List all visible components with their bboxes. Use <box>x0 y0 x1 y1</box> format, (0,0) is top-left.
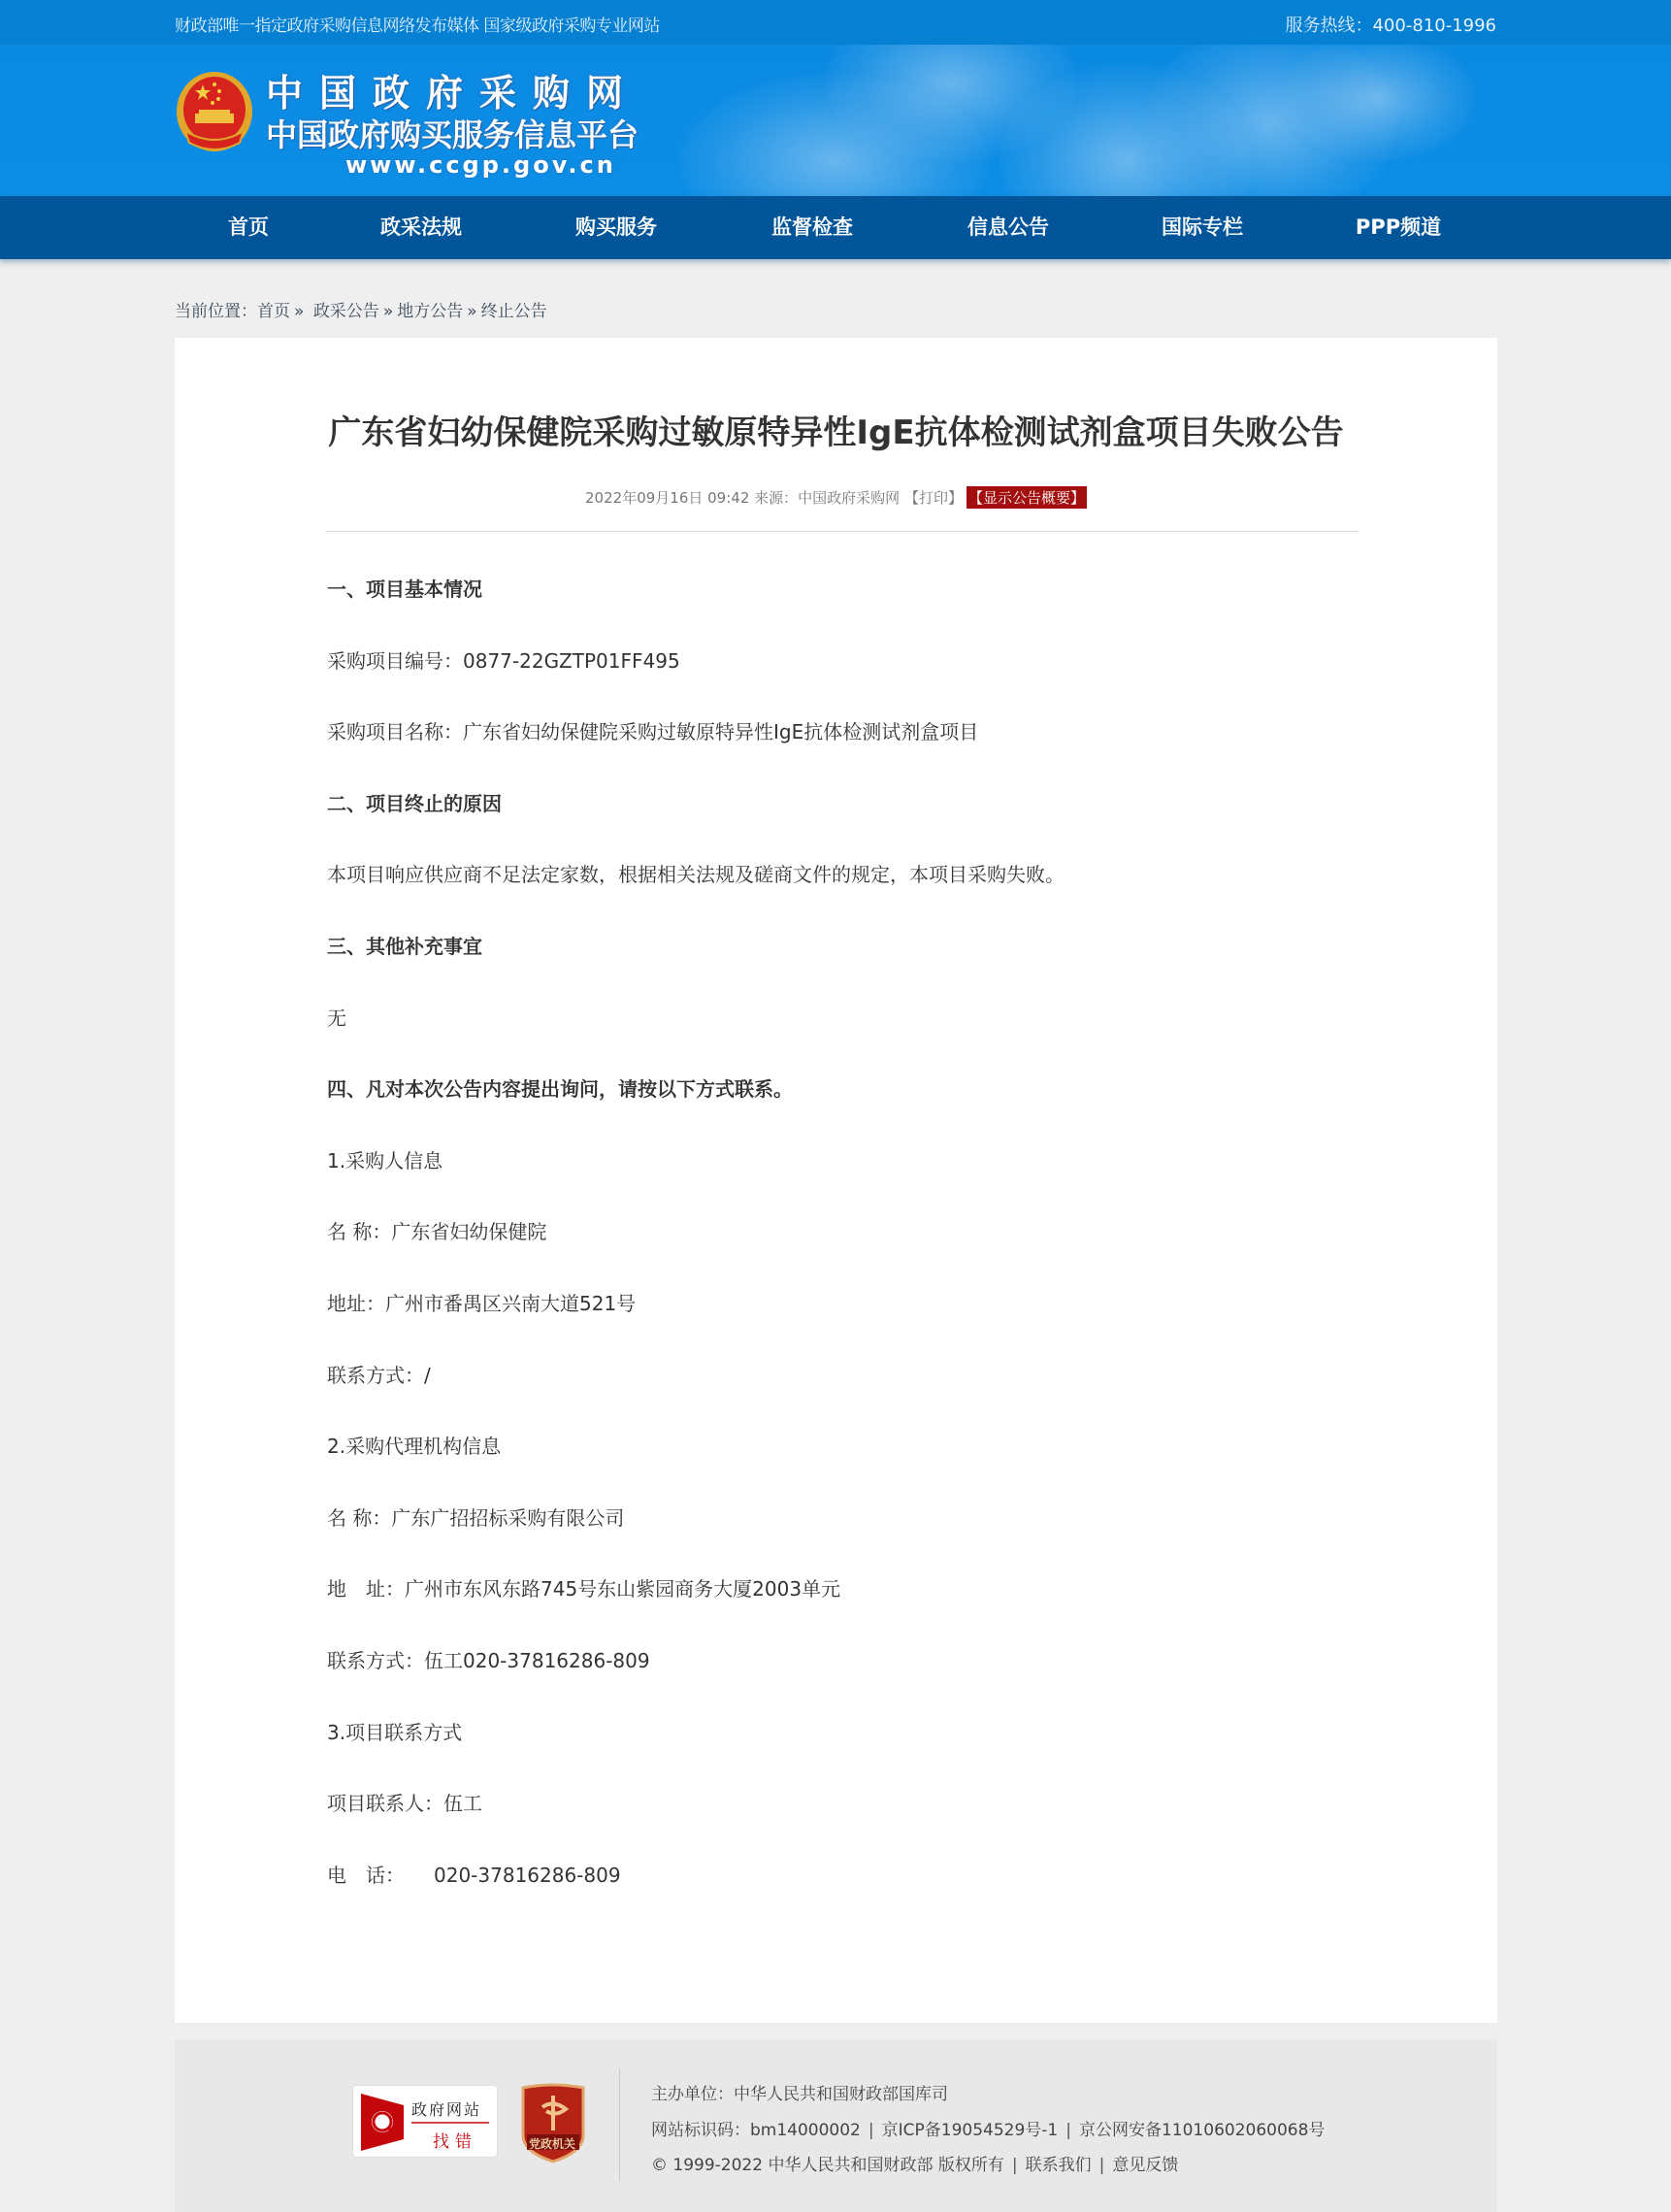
nav-item-regulations[interactable]: 政采法规 <box>334 196 508 259</box>
purchaser-contact: 联系方式：/ <box>327 1360 1356 1432</box>
title-divider <box>326 531 1359 532</box>
national-emblem-icon <box>176 71 253 152</box>
project-contact-heading: 3.项目联系方式 <box>327 1717 1356 1789</box>
pipe-separator: | <box>1065 2121 1071 2140</box>
breadcrumb-separator: » <box>383 302 393 321</box>
purchaser-name: 名 称：广东省妇幼保健院 <box>327 1216 1356 1288</box>
party-gov-shield-icon <box>517 2082 589 2164</box>
cloud-background <box>679 45 1553 196</box>
footer-sponsor: 主办单位：中华人民共和国财政部国库司 <box>651 2077 1325 2113</box>
breadcrumb-procurement-notices[interactable]: 政采公告 <box>313 302 379 321</box>
pipe-separator: | <box>1012 2156 1018 2175</box>
logo-url: www.ccgp.gov.cn <box>345 151 616 179</box>
hotline-label: 服务热线： <box>1285 16 1372 36</box>
nav-item-international[interactable]: 国际专栏 <box>1115 196 1290 259</box>
section-heading: 四、凡对本次公告内容提出询问，请按以下方式联系。 <box>327 1073 1356 1145</box>
site-header: 中国政府采购网 中国政府购买服务信息平台 www.ccgp.gov.cn <box>0 45 1671 196</box>
project-number: 采购项目编号：0877-22GZTP01FF495 <box>327 645 1356 717</box>
termination-reason: 本项目响应供应商不足法定家数，根据相关法规及磋商文件的规定，本项目采购失败。 <box>327 859 1356 931</box>
gov-website-error-report-badge[interactable]: 政府网站 找错 <box>352 2085 498 2158</box>
nav-item-purchase-services[interactable]: 购买服务 <box>529 196 704 259</box>
supplementary-info: 无 <box>327 1003 1356 1074</box>
top-bar: 财政部唯一指定政府采购信息网络发布媒体 国家级政府采购专业网站 服务热线：400… <box>0 0 1671 45</box>
nav-item-ppp[interactable]: PPP频道 <box>1311 196 1486 259</box>
breadcrumb-separator: » <box>294 302 304 321</box>
pipe-separator: | <box>868 2121 874 2140</box>
footer-copyright-row: © 1999-2022 中华人民共和国财政部 版权所有|联系我们|意见反馈 <box>651 2148 1325 2184</box>
footer-divider <box>619 2069 620 2181</box>
section-heading: 二、项目终止的原因 <box>327 788 1356 860</box>
feedback-link[interactable]: 意见反馈 <box>1112 2156 1178 2175</box>
site-footer: 政府网站 找错 党政机关 主办单位：中华人民共和国财政部国库司 网站标识码：bm… <box>175 2040 1497 2212</box>
icp-link[interactable]: 京ICP备19054529号-1 <box>882 2121 1059 2140</box>
agency-address: 地 址：广州市东风东路745号东山紫园商务大厦2003单元 <box>327 1573 1356 1645</box>
breadcrumb-separator: » <box>467 302 476 321</box>
nav-item-home[interactable]: 首页 <box>161 196 336 259</box>
agency-contact: 联系方式：伍工020-37816286-809 <box>327 1645 1356 1717</box>
footer-info: 主办单位：中华人民共和国财政部国库司 网站标识码：bm14000002|京ICP… <box>651 2077 1325 2184</box>
logo-title: 中国政府采购网 <box>266 74 693 113</box>
breadcrumb-local-notices[interactable]: 地方公告 <box>397 302 463 321</box>
project-name: 采购项目名称：广东省妇幼保健院采购过敏原特异性IgE抗体检测试剂盒项目 <box>327 716 1356 788</box>
breadcrumb-home[interactable]: 首页 <box>257 302 290 321</box>
agency-heading: 2.采购代理机构信息 <box>327 1431 1356 1502</box>
purchaser-heading: 1.采购人信息 <box>327 1145 1356 1217</box>
show-summary-button[interactable]: 【显示公告概要】 <box>967 486 1087 509</box>
logo-subtitle: 中国政府购买服务信息平台 <box>266 118 639 151</box>
purchaser-address: 地址：广州市番禺区兴南大道521号 <box>327 1288 1356 1360</box>
article-meta: 2022年09月16日 09:42 来源：中国政府采购网 【打印】【显示公告概要… <box>175 486 1497 509</box>
article-card: 广东省妇幼保健院采购过敏原特异性IgE抗体检测试剂盒项目失败公告 2022年09… <box>175 338 1497 2023</box>
pipe-separator: | <box>1099 2156 1105 2175</box>
badge1-line1: 政府网站 <box>411 2097 481 2120</box>
nav-item-supervision[interactable]: 监督检查 <box>725 196 900 259</box>
print-link[interactable]: 【打印】 <box>904 489 963 507</box>
article-title: 广东省妇幼保健院采购过敏原特异性IgE抗体检测试剂盒项目失败公告 <box>175 406 1497 453</box>
police-record-link[interactable]: 京公网安备11010602060068号 <box>1079 2121 1325 2140</box>
hotline-number: 400-810-1996 <box>1372 16 1496 36</box>
contact-us-link[interactable]: 联系我们 <box>1026 2156 1092 2175</box>
section-heading: 三、其他补充事宜 <box>327 931 1356 1003</box>
source-name: 中国政府采购网 <box>798 489 900 507</box>
breadcrumb-prefix: 当前位置： <box>175 302 257 321</box>
project-contact-person: 项目联系人：伍工 <box>327 1788 1356 1860</box>
service-hotline: 服务热线：400-810-1996 <box>1285 12 1496 37</box>
copyright: © 1999-2022 中华人民共和国财政部 版权所有 <box>651 2156 1004 2175</box>
site-id: 网站标识码：bm14000002 <box>651 2121 861 2140</box>
party-government-badge[interactable]: 党政机关 <box>517 2082 589 2164</box>
badge2-text: 党政机关 <box>529 2135 575 2152</box>
article-body: 一、项目基本情况 采购项目编号：0877-22GZTP01FF495 采购项目名… <box>327 574 1356 1931</box>
nav-item-announcements[interactable]: 信息公告 <box>921 196 1096 259</box>
footer-registration: 网站标识码：bm14000002|京ICP备19054529号-1|京公网安备1… <box>651 2113 1325 2149</box>
site-slogan: 财政部唯一指定政府采购信息网络发布媒体 国家级政府采购专业网站 <box>175 12 660 36</box>
breadcrumb-termination-notices[interactable]: 终止公告 <box>481 302 547 321</box>
agency-name: 名 称：广东广招招标采购有限公司 <box>327 1502 1356 1574</box>
section-heading: 一、项目基本情况 <box>327 574 1356 645</box>
breadcrumb: 当前位置：首页» 政采公告»地方公告»终止公告 <box>175 297 547 321</box>
badge1-line2: 找错 <box>433 2128 477 2152</box>
project-contact-phone: 电 话： 020-37816286-809 <box>327 1860 1356 1931</box>
publish-datetime: 2022年09月16日 09:42 <box>585 489 749 507</box>
main-nav: 首页 政采法规 购买服务 监督检查 信息公告 国际专栏 PPP频道 <box>0 196 1671 259</box>
source-label: 来源： <box>754 489 798 507</box>
